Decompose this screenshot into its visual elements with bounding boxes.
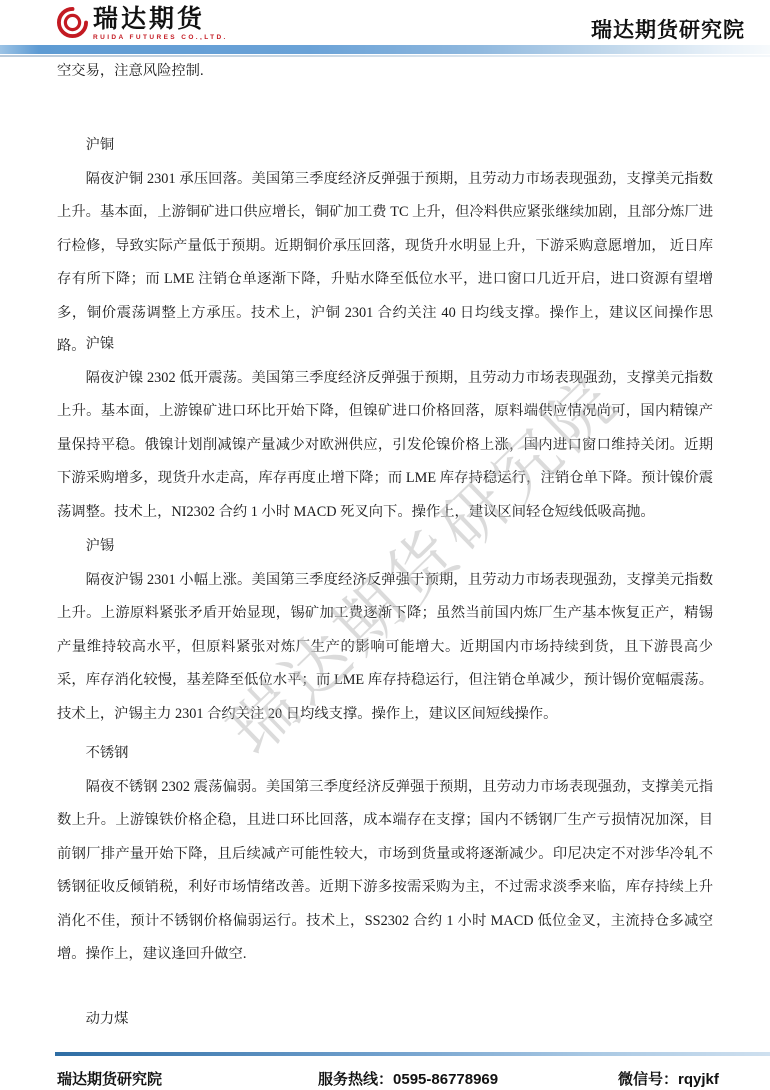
- logo-swirl-icon: [57, 7, 88, 38]
- footer-institute: 瑞达期货研究院: [57, 1068, 162, 1089]
- divider-bar-main: [0, 45, 770, 54]
- section-paragraph: 隔夜沪锡 2301 小幅上涨。美国第三季度经济反弹强于预期，且劳动力市场表现强劲…: [57, 564, 713, 732]
- footer-wechat-id: rqyjkf: [678, 1071, 719, 1088]
- header: 瑞达期货 RUIDA FUTURES CO.,LTD. 瑞达期货研究院: [0, 0, 770, 45]
- footer-wechat-label: 微信号：: [618, 1071, 678, 1088]
- intro-line: 空交易，注意风险控制.: [57, 55, 713, 89]
- section-stainless-steel: 不锈钢 隔夜不锈钢 2302 震荡偏弱。美国第三季度经济反弹强于预期，且劳动力市…: [57, 737, 713, 972]
- company-logo: 瑞达期货 RUIDA FUTURES CO.,LTD.: [57, 7, 228, 41]
- section-thermal-coal: 动力煤: [57, 1003, 713, 1037]
- footer: 瑞达期货研究院 服务热线：0595-86778969 微信号：rqyjkf: [0, 1068, 770, 1090]
- section-paragraph: 隔夜沪镍 2302 低开震荡。美国第三季度经济反弹强于预期，且劳动力市场表现强劲…: [57, 362, 713, 530]
- logo-text: 瑞达期货 RUIDA FUTURES CO.,LTD.: [93, 7, 228, 41]
- footer-divider-line: [55, 1052, 770, 1056]
- section-heading: 沪铜: [57, 129, 713, 163]
- section-nickel: 沪镍 隔夜沪镍 2302 低开震荡。美国第三季度经济反弹强于预期，且劳动力市场表…: [57, 328, 713, 529]
- section-paragraph: 隔夜不锈钢 2302 震荡偏弱。美国第三季度经济反弹强于预期，且劳动力市场表现强…: [57, 771, 713, 972]
- header-institute-title: 瑞达期货研究院: [591, 14, 745, 44]
- section-heading: 沪镍: [57, 328, 713, 362]
- footer-hotline-label: 服务热线：: [318, 1071, 393, 1088]
- footer-hotline: 服务热线：0595-86778969: [318, 1068, 498, 1089]
- footer-wechat: 微信号：rqyjkf: [618, 1068, 719, 1089]
- footer-hotline-number: 0595-86778969: [393, 1071, 498, 1088]
- section-heading: 沪锡: [57, 530, 713, 564]
- report-page: 瑞达期货 RUIDA FUTURES CO.,LTD. 瑞达期货研究院 瑞达期货…: [0, 0, 770, 1090]
- section-heading: 动力煤: [57, 1003, 713, 1037]
- brand-name-cn: 瑞达期货: [93, 7, 228, 32]
- intro-paragraph: 空交易，注意风险控制.: [57, 55, 713, 89]
- section-tin: 沪锡 隔夜沪锡 2301 小幅上涨。美国第三季度经济反弹强于预期，且劳动力市场表…: [57, 530, 713, 731]
- section-heading: 不锈钢: [57, 737, 713, 771]
- brand-name-en: RUIDA FUTURES CO.,LTD.: [93, 34, 228, 41]
